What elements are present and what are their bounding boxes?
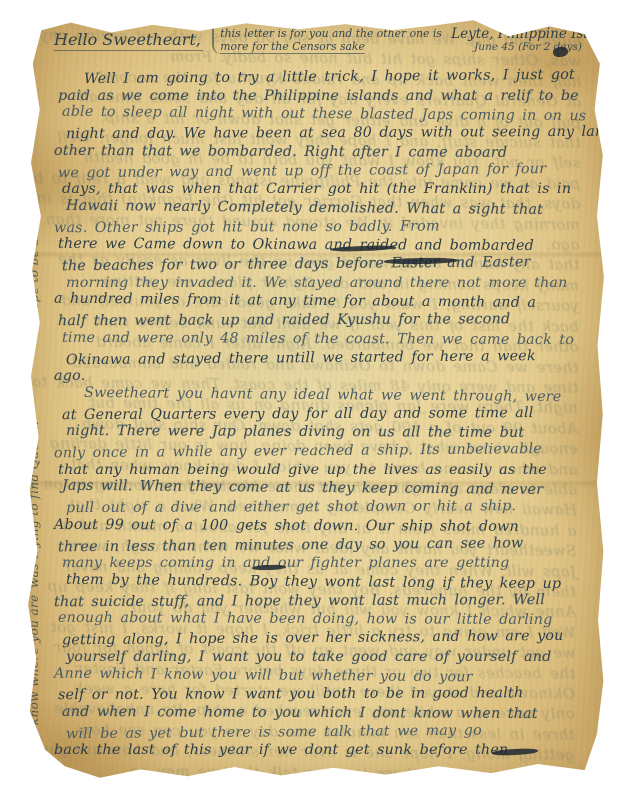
scan-background: night and day. We have been at sea 80 da… — [0, 0, 628, 800]
letter-line: yourself darling, I want you to take goo… — [54, 648, 592, 667]
inset-note-line2: more for the Censors sake — [220, 41, 365, 55]
letter-line: many keeps coming in and our fighter pla… — [54, 554, 592, 573]
letter-body: Well I am going to try a little trick, I… — [54, 68, 592, 760]
letter-content: Hello Sweetheart, this letter is for you… — [24, 18, 608, 780]
letter-line: night and day. We have been at sea 80 da… — [54, 123, 592, 144]
letter-line: self or not. You know I want you both to… — [54, 684, 592, 705]
letter-line: only once in a while any ever reached a … — [54, 440, 592, 463]
date-note: June 45 (For 2 days) — [474, 41, 592, 53]
letter-line: three in less than ten minutes one day s… — [54, 533, 592, 556]
letter-paper: night and day. We have been at sea 80 da… — [24, 18, 608, 780]
letter-line: the beaches for two or three days before… — [54, 253, 592, 276]
letter-line: half then went back up and raided Kyushu… — [54, 310, 592, 331]
location-date-block: Leyte, Philippine Isl. June 45 (For 2 da… — [451, 26, 592, 53]
letter-line: Okinawa and stayed there untill we start… — [54, 346, 592, 369]
location: Leyte, Philippine Isl. — [451, 26, 592, 42]
letter-line: will be as yet but there is some talk th… — [54, 720, 592, 743]
letter-line: pull out of a dive and either get shot d… — [54, 497, 592, 518]
letter-line: getting along, I hope she is over her si… — [54, 627, 592, 650]
letter-line: days, that was when that Carrier got hit… — [54, 180, 592, 199]
letter-line: ago. — [54, 367, 592, 386]
inset-note-line1: this letter is for you and the other one… — [220, 28, 442, 41]
letter-line: we got under way and went up off the coa… — [54, 159, 592, 182]
letter-line: Well I am going to try a little trick, I… — [54, 66, 592, 89]
letter-header: Hello Sweetheart, this letter is for you… — [54, 26, 592, 66]
inset-note: this letter is for you and the other one… — [212, 27, 442, 54]
greeting: Hello Sweetheart, — [54, 26, 203, 51]
